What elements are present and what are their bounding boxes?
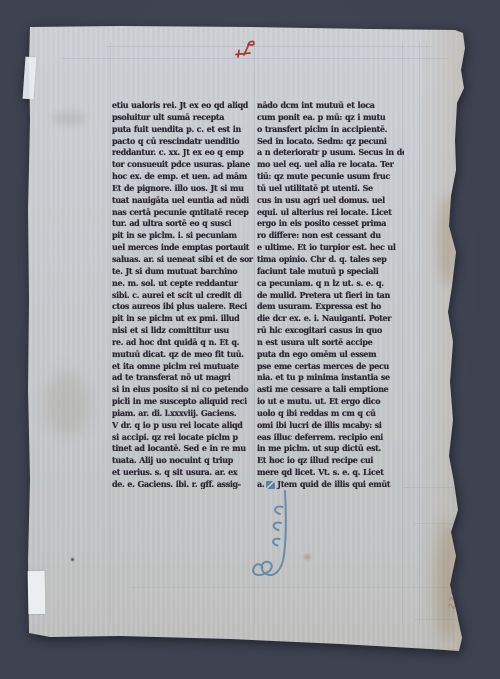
parchment-surface: etiu ualoris rei. Jt ex eo qd aliqdpsolu…	[0, 0, 500, 679]
text-line: nia. et tu p minima instantia se	[257, 372, 404, 384]
tan-spot	[304, 554, 311, 560]
manuscript-photo: etiu ualoris rei. Jt ex eo qd aliqdpsolu…	[0, 0, 500, 679]
top-smudge	[52, 112, 86, 124]
text-line: nas certā pecunie qntitatē recep	[112, 207, 254, 219]
text-line: mere qd licet. Vt. s. e. q. Licet	[257, 467, 404, 479]
text-line: mo uel eq. uel alia re locata. Ter	[257, 159, 404, 171]
ruling-line	[414, 619, 458, 620]
text-line: cus in usu agri uel domus. uel	[257, 195, 404, 207]
text-line: V dr. q io p usu rei locate aliqd	[112, 420, 254, 432]
text-line: io ut e mutu. ut. Et ergo dico	[257, 396, 404, 408]
ruling-line	[403, 487, 458, 488]
text-line: tur. ad ultra sortē eo q susci	[112, 218, 254, 230]
text-line: ergo in eis posito cesset prima	[257, 218, 404, 230]
text-line: nādo dcm int mutuū et loca	[257, 100, 404, 112]
text-line: sibi. c. aurei et scit ul credit di	[112, 290, 254, 302]
red-quire-mark-icon	[231, 38, 259, 60]
text-line: ctos aureos ibi plus ualere. Reci	[112, 301, 254, 313]
text-line: dem usuram. Expressa est ho	[257, 301, 404, 313]
text-line: n est usura ult sortē accipe	[257, 337, 404, 349]
text-line: psoluitur ult sumā recepta	[112, 112, 254, 124]
text-line: asti me cessare a tali emptione	[257, 384, 404, 396]
text-line: ca pecuniam. q n lz ut. s. e. q.	[257, 278, 404, 290]
right-edge-stain-upper	[438, 196, 456, 286]
text-line: in me piclm. ut sup dictū est.	[257, 443, 404, 455]
text-line: etiu ualoris rei. Jt ex eo qd aliqd	[112, 100, 254, 112]
right-edge-stain-lower	[436, 520, 458, 640]
text-line: ne. m. sol. ut cepte reddantur	[112, 278, 254, 290]
text-lines: nādo dcm int mutuū et locacum ponit ea. …	[257, 100, 404, 479]
text-line: puta fuit uendita p. c. et est in	[112, 124, 254, 136]
edge-inscription: 235876	[447, 569, 463, 610]
text-line: et ita omne piclm rei mutuate	[112, 361, 254, 373]
margin-stain	[44, 372, 90, 436]
ruling-line	[419, 42, 420, 624]
text-line: de. e. Gaciens. ibi. r. gff. assig-	[112, 479, 254, 491]
text-line: faciunt tale mutuū p speciali	[257, 266, 404, 278]
text-line: die dcr ex. e. i. Nauiganti. Poter	[257, 313, 404, 325]
text-line: si in eius posito si ni co petendo	[112, 384, 254, 396]
text-line: re. ad hoc dnt quidā q n. Et q.	[112, 337, 254, 349]
text-line: e ultime. Et io turpior est. hec ul	[257, 242, 404, 254]
text-column-left: etiu ualoris rei. Jt ex eo qd aliqdpsolu…	[112, 100, 254, 498]
text-line: reddantur. c. xx. Jt ex eo q emp	[112, 147, 254, 159]
text-line: pit in se piclm. i. si pecuniam	[112, 230, 254, 242]
text-line: omi ibi lucri de illis mcaby: si	[257, 420, 404, 432]
text-line: hoc ex. de emp. et uen. ad mām	[112, 171, 254, 183]
text-line: Et de pignore. illo uos. Jt si mu	[112, 183, 254, 195]
text-line: pacto q cū rescindatr uenditio	[112, 136, 254, 148]
text-line: tima opinio. Chr d. q. tales sep	[257, 254, 404, 266]
text-line: o transfert piclm in accipientē.	[257, 124, 404, 136]
ruling-line	[414, 523, 458, 524]
text-line: puta dn ego omēm ul essem	[257, 349, 404, 361]
parchment-leaf: etiu ualoris rei. Jt ex eo qd aliqdpsolu…	[0, 0, 500, 679]
text-line: mutuū dicat. qz de meo fit tuū.	[112, 349, 254, 361]
text-line: tū uel utilitatē pt utenti. Se	[257, 183, 404, 195]
text-line: tor consueuit pdce usuras. plane	[112, 159, 254, 171]
text-line: ad te transferat nō ut magri	[112, 372, 254, 384]
text-line: tiū: qz mute pecunie usum fruc	[257, 171, 404, 183]
text-column-right: nādo dcm int mutuū et locacum ponit ea. …	[257, 100, 404, 498]
text-line: rū hic excogitari casus in quo	[257, 325, 404, 337]
text-line: de mulid. Pretera ut fieri in tan	[257, 290, 404, 302]
text-line: uolo q ibi reddas m cm q cū	[257, 408, 404, 420]
ruling-line	[130, 587, 456, 588]
text-line: tuata. Alij uo nocuint q triup	[112, 455, 254, 467]
text-line: ro differe: non est cessant du	[257, 230, 404, 242]
text-line: cum ponit ea. p mū: qz i mutu	[257, 112, 404, 124]
text-line: uel merces inde emptas portauit	[112, 242, 254, 254]
text-line: tinet ad locantē. Sed e in re mu	[112, 443, 254, 455]
text-line: equi. ul alterius rei locate. Licet	[257, 207, 404, 219]
text-line: pse eme certas merces de pecu	[257, 361, 404, 373]
text-line: picli in me suscepto aliquid reci	[112, 396, 254, 408]
text-line: eas illuc deferrem. recipio eni	[257, 432, 404, 444]
incipit-text: Jtem quid de illis qui emūt	[277, 479, 390, 491]
blue-paraph-icon	[266, 481, 275, 489]
ruling-line	[110, 42, 111, 624]
text-line: te. Jt si dum mutuat barchino	[112, 266, 254, 278]
text-line: et uerius. s. q sit usura. ar. ex	[112, 467, 254, 479]
blue-flourish-icon	[246, 490, 292, 590]
text-line: Et hoc io qz illud recipe cui	[257, 455, 404, 467]
mounting-tape-bottom	[28, 571, 46, 614]
text-line: saluas. ar. si ueneat sibi et de sor	[112, 254, 254, 266]
text-line: pit in se piclm ut ex pmi. illud	[112, 313, 254, 325]
ruling-line	[426, 42, 427, 624]
text-line: a n deterioratr p usum. Secus in do	[257, 147, 404, 159]
text-line: tuat nauigāta uel euntia ad nūdi	[112, 195, 254, 207]
ink-speck	[71, 558, 74, 561]
text-line: nisi et si lidz comittitur usu	[112, 325, 254, 337]
ruling-line	[106, 46, 432, 47]
text-line: Sed in locato. Sedm: qz pecuni	[257, 136, 404, 148]
text-line: si accipi. qz rei locate piclm p	[112, 432, 254, 444]
text-line: piam. ar. di. l.xxxviij. Gaciens.	[112, 408, 254, 420]
